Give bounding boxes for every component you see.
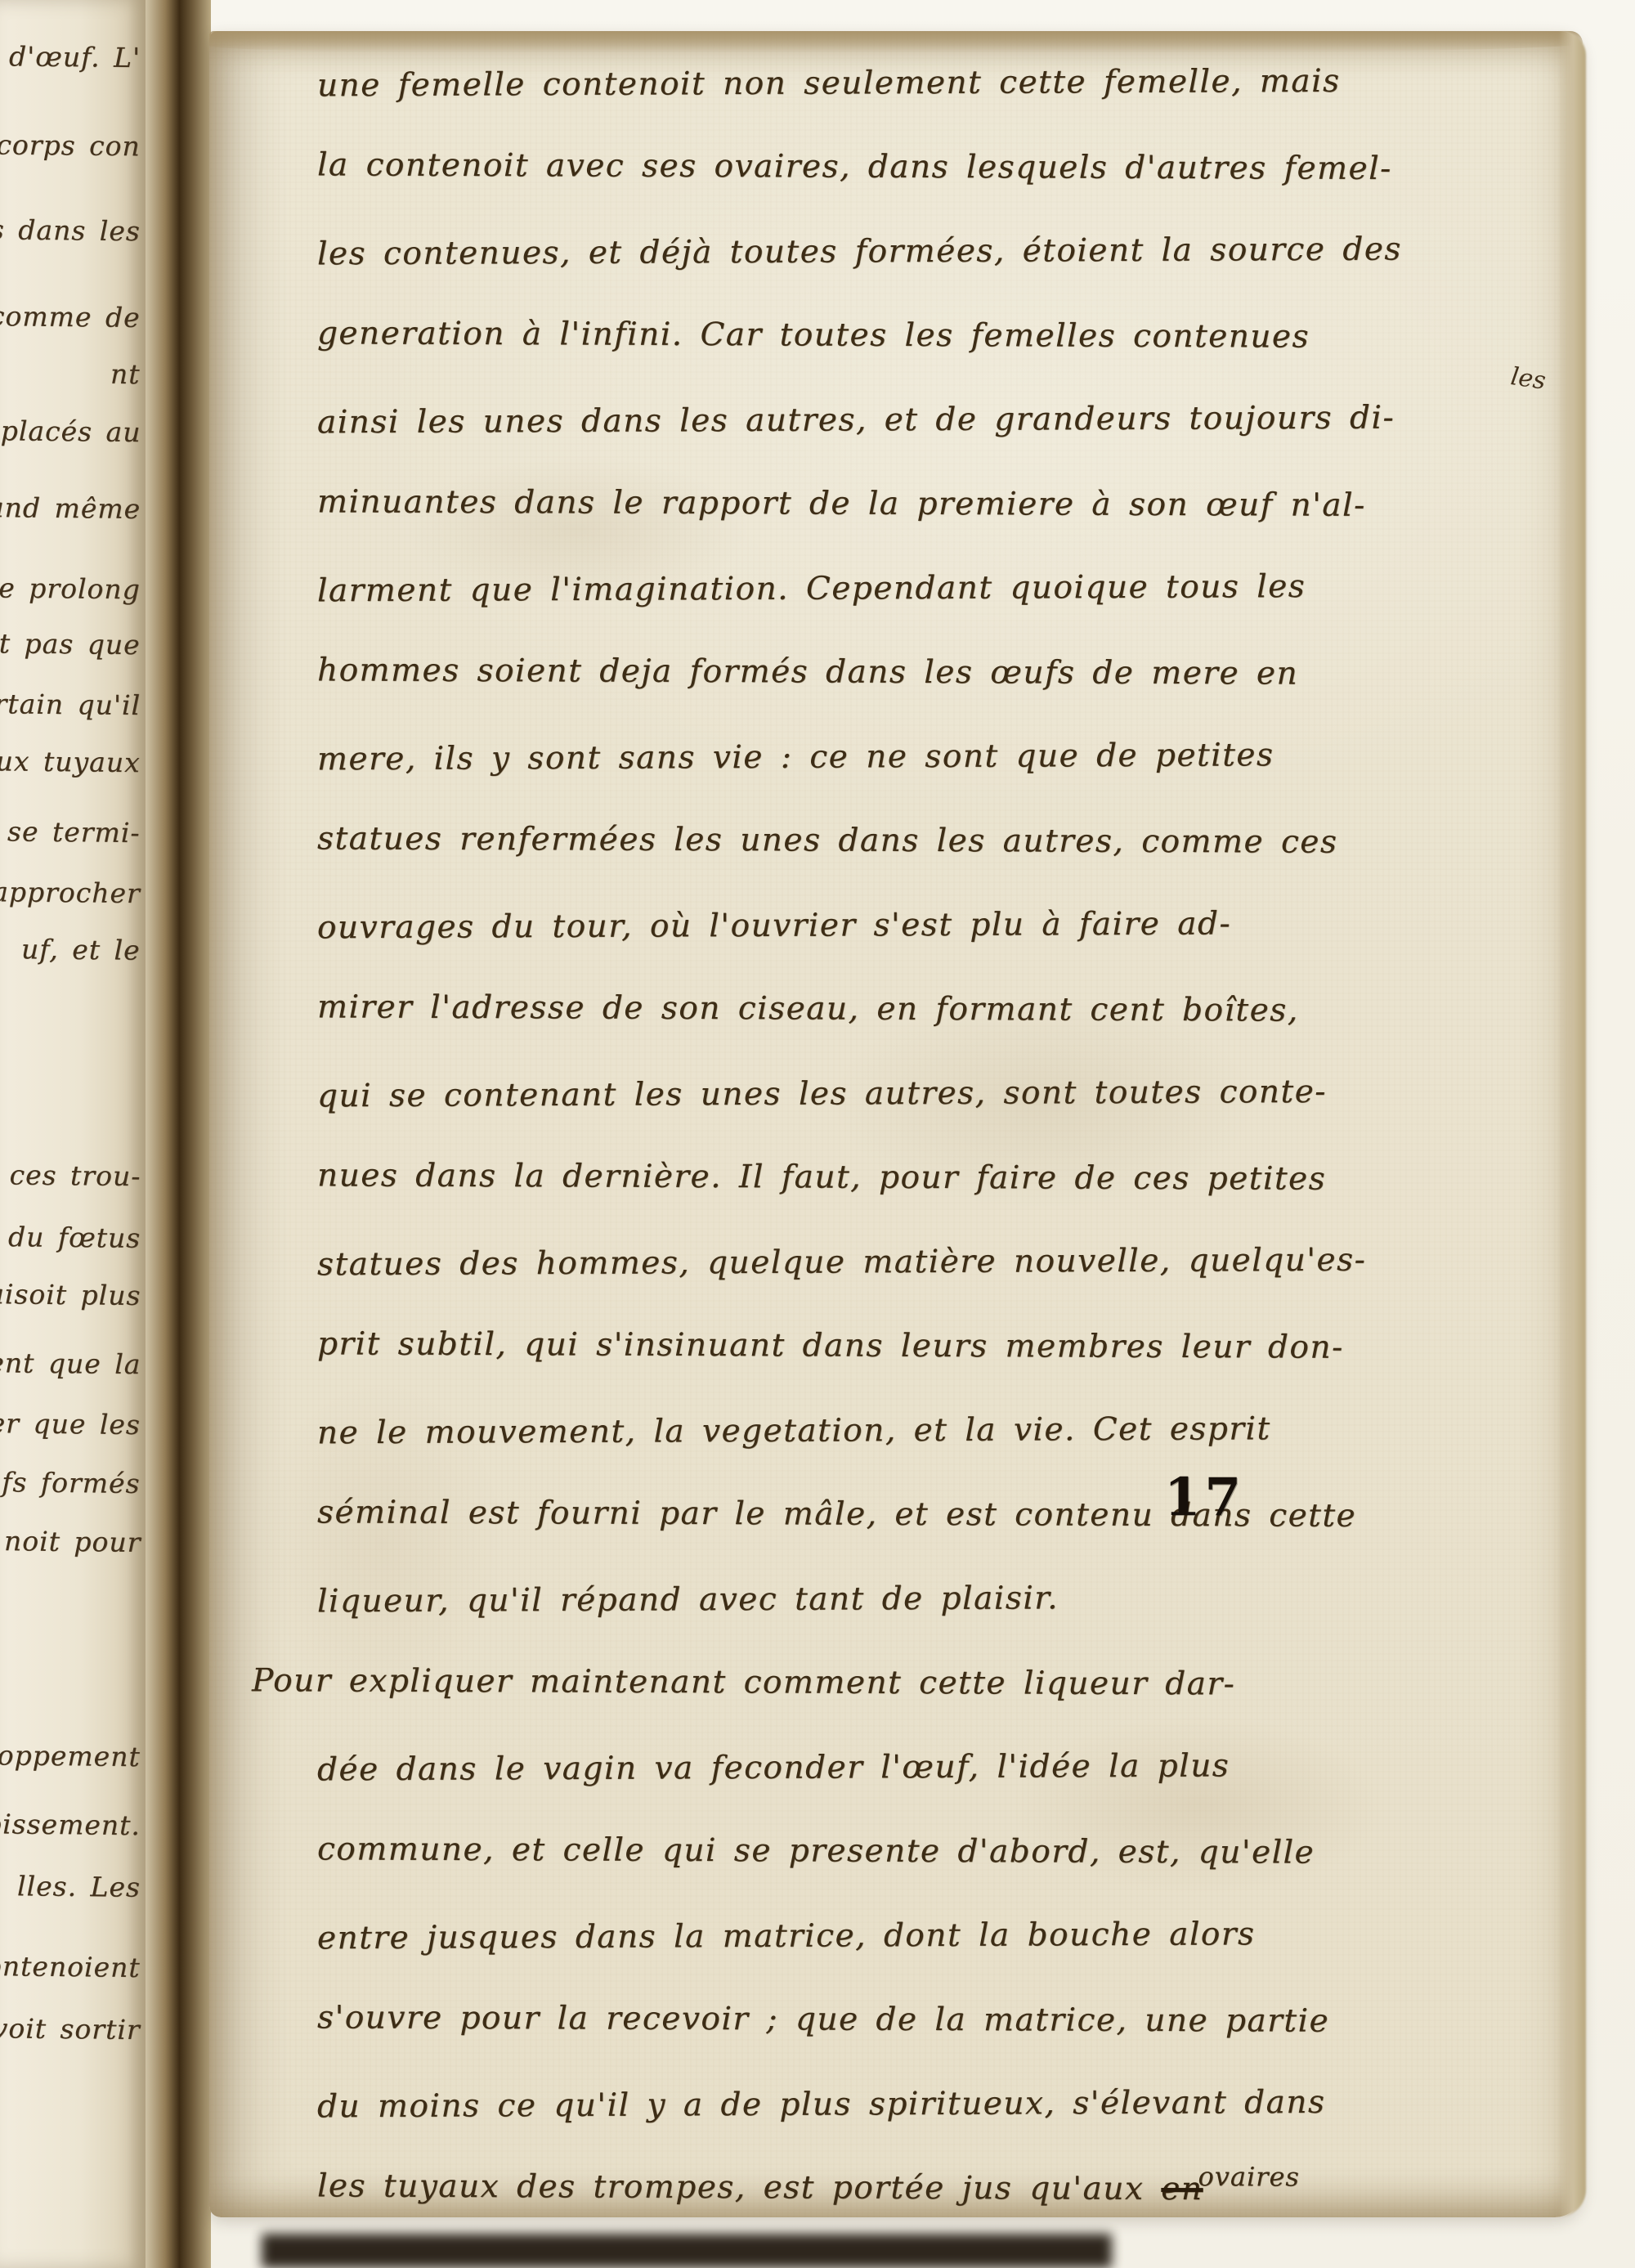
facing-page-line-fragment: ment que la: [0, 1347, 141, 1380]
inserted-word: ovaires: [1198, 2163, 1300, 2190]
facing-page-line-fragment: ou ces trou-: [0, 1159, 141, 1192]
facing-page-line-fragment: d'approcher: [0, 876, 141, 909]
facing-page-line-fragment: e se termi-: [0, 815, 141, 849]
manuscript-line: une femelle contenoit non seulement cett…: [317, 38, 1560, 128]
facing-page-line-fragment: yer que les: [0, 1407, 141, 1441]
deckle-edge-right: [1558, 31, 1586, 2217]
last-line-text: les tuyaux des trompes, est portée jus q…: [317, 2167, 1161, 2207]
marginal-insertion: les: [1509, 362, 1548, 396]
facing-page-line-fragment: avoit sortir: [0, 2012, 141, 2046]
facing-page-line-fragment: faisoit plus: [0, 1278, 141, 1311]
facing-page-line-fragment: uf, et le: [21, 933, 141, 966]
facing-page-line-fragment: ires dans les: [0, 213, 141, 247]
book-gutter: [146, 0, 211, 2268]
struck-out-word: en: [1161, 2171, 1203, 2207]
manuscript-line: liqueur, qu'il répand avec tant de plais…: [317, 1554, 1560, 1644]
facing-page-line-fragment: ertain qu'il: [0, 688, 141, 721]
facing-page-edge: e d'œuf. L' ces corps con ires dans les …: [0, 0, 146, 2268]
facing-page-line-fragment: eut pas que: [0, 627, 141, 661]
manuscript-line: statues renfermées les unes dans les aut…: [317, 796, 1560, 885]
facing-page-line-fragment: deux tuyaux: [0, 745, 141, 778]
manuscript-line-paragraph-start: Pour expliquer maintenant comment cette …: [252, 1638, 1560, 1728]
manuscript-line: mirer l'adresse de son ciseau, en forman…: [317, 965, 1560, 1053]
facing-page-line-fragment: ufs formés: [0, 1466, 141, 1499]
manuscript-line-with-correction: les tuyaux des trompes, est portée jus q…: [317, 2144, 1560, 2232]
manuscript-line: ouvrages du tour, où l'ouvrier s'est plu…: [317, 881, 1560, 970]
manuscript-line: generation à l'infini. Car toutes les fe…: [317, 291, 1560, 379]
manuscript-line: nues dans la dernière. Il faut, pour fai…: [317, 1133, 1560, 1221]
manuscript-line: la contenoit avec ses ovaires, dans lesq…: [317, 123, 1560, 211]
manuscript-line: larment que l'imagination. Cependant quo…: [317, 544, 1560, 634]
scan-bottom-shadow: [262, 2234, 1112, 2268]
manuscript-scan: e d'œuf. L' ces corps con ires dans les …: [0, 0, 1635, 2268]
manuscript-line: du moins ce qu'il y a de plus spiritueux…: [317, 2060, 1560, 2149]
facing-page-line-fragment: t placés au: [0, 415, 141, 448]
manuscript-line: les contenues, et déjà toutes formées, é…: [317, 207, 1560, 297]
facing-page-line-fragment: du fœtus: [8, 1221, 141, 1254]
facing-page-line-fragment: and même: [0, 491, 141, 525]
manuscript-line: statues des hommes, quelque matière nouv…: [317, 1217, 1560, 1307]
manuscript-line: entre jusques dans la matrice, dont la b…: [317, 1891, 1560, 1981]
facing-page-line-fragment: ontenoient: [0, 1950, 141, 1983]
manuscript-line: ainsi les unes dans les autres, et de gr…: [317, 375, 1560, 465]
manuscript-line: dée dans le vagin va feconder l'œuf, l'i…: [317, 1723, 1560, 1813]
manuscript-line: séminal est fourni par le mâle, et est c…: [317, 1470, 1560, 1558]
facing-page-line-fragment: lles. Les: [17, 1870, 141, 1903]
manuscript-line: s'ouvre pour la recevoir ; que de la mat…: [317, 1975, 1560, 2064]
manuscript-line: mere, ils y sont sans vie : ce ne sont q…: [317, 712, 1560, 802]
facing-page-line-fragment: - être prolong: [0, 571, 141, 606]
manuscript-line: commune, et celle qui se presente d'abor…: [317, 1807, 1560, 1895]
manuscript-line: prit subtil, qui s'insinuant dans leurs …: [317, 1302, 1560, 1390]
facing-page-line-fragment: ces corps con: [0, 128, 141, 163]
manuscript-line: qui se contenant les unes les autres, so…: [317, 1049, 1560, 1139]
manuscript-line: ne le mouvement, la vegetation, et la vi…: [317, 1386, 1560, 1476]
manuscript-page: une femelle contenoit non seulement cett…: [209, 31, 1583, 2217]
facing-page-line-fragment: croissement.: [0, 1808, 141, 1841]
manuscript-line: hommes soient deja formés dans les œufs …: [317, 628, 1560, 716]
facing-page-line-fragment: e d'œuf. L': [0, 40, 141, 74]
facing-page-line-fragment: comme de: [0, 300, 141, 334]
manuscript-line: minuantes dans le rapport de la premiere…: [317, 459, 1560, 548]
facing-page-line-fragment: noit pour: [3, 1525, 141, 1558]
handwritten-text: une femelle contenoit non seulement cett…: [317, 41, 1560, 2230]
facing-page-line-fragment: nt: [110, 358, 141, 390]
facing-page-line-fragment: veloppement: [0, 1739, 141, 1773]
page-number: 17: [1164, 1467, 1245, 1528]
